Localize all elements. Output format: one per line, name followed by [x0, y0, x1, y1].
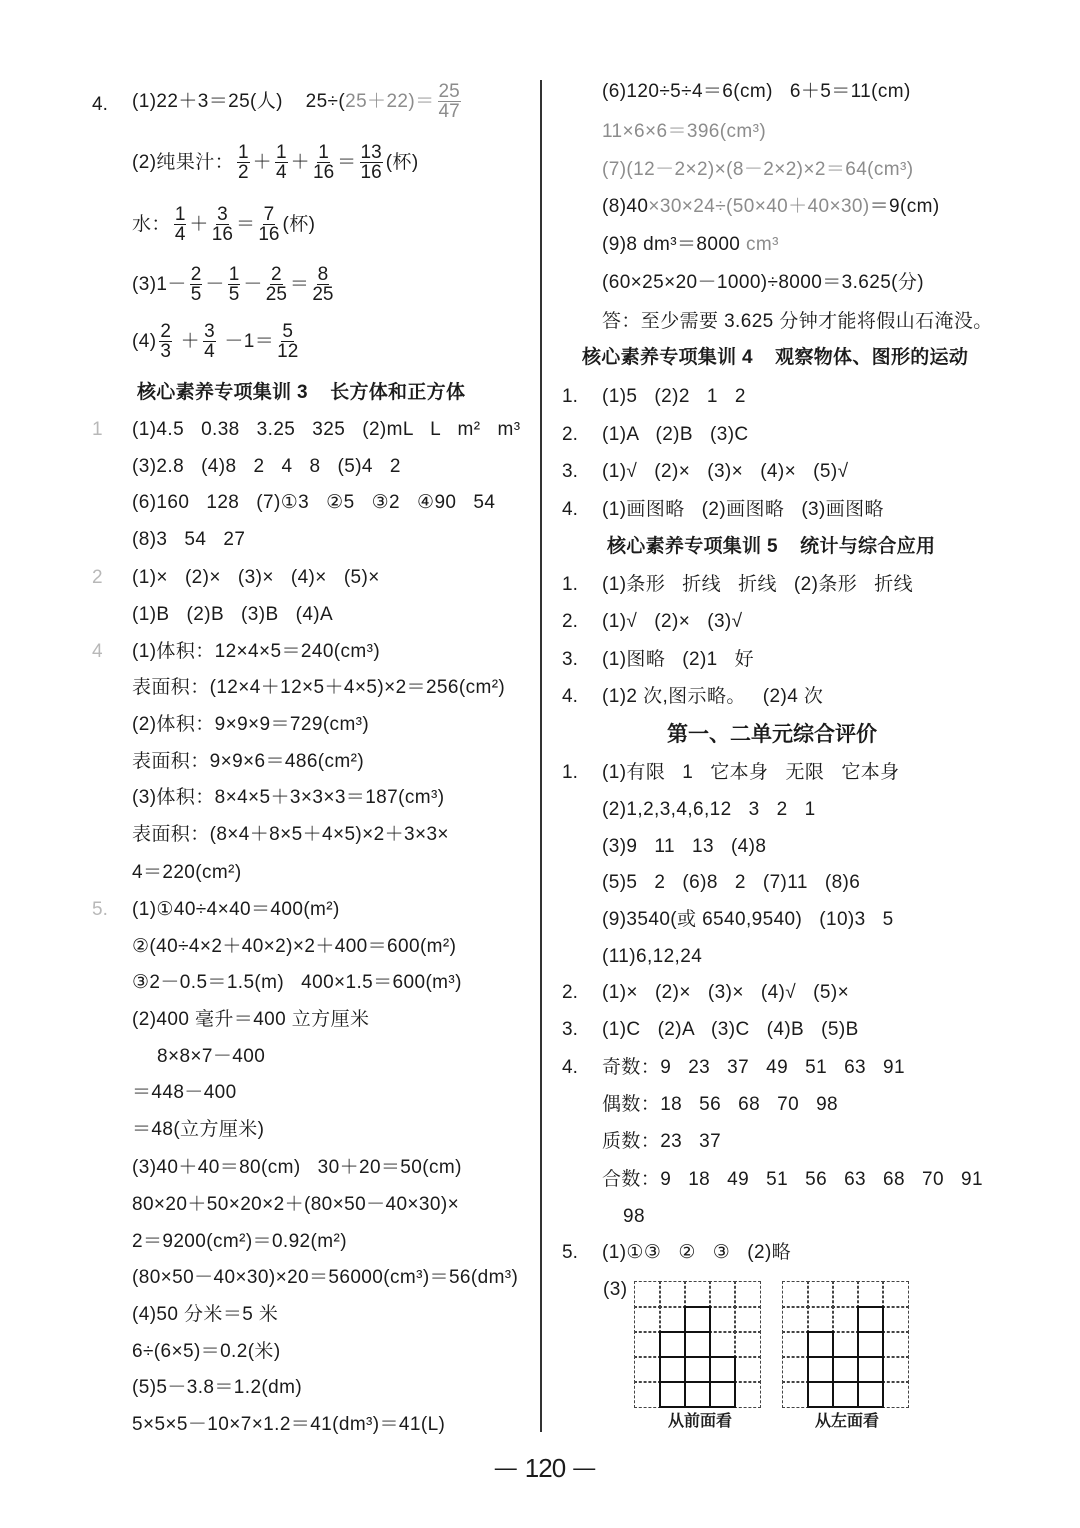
- answer-line: (1)× (2)× (3)× (4)× (5)×: [132, 567, 380, 589]
- answer-line: (3)2.8 (4)8 2 4 8 (5)4 2: [132, 456, 401, 478]
- fraction-numerator: 1: [174, 206, 187, 225]
- fraction: 316: [212, 206, 233, 244]
- fraction-numerator: 1: [237, 144, 250, 163]
- grid-cell: [783, 1282, 808, 1307]
- answer-line: 6÷(6×5)＝0.2(米): [132, 1341, 281, 1363]
- question-number: 1.: [562, 762, 578, 784]
- question-number: 1.: [562, 574, 578, 596]
- answer-line: (1)①40÷4×40＝400(m²): [132, 899, 340, 921]
- question-number: 4.: [562, 499, 578, 521]
- fraction-denominator: 5: [191, 285, 202, 304]
- grid-cell: [833, 1307, 858, 1332]
- grid-cell: [660, 1332, 685, 1357]
- grid-cell: [635, 1332, 660, 1357]
- grid-cell: [660, 1307, 685, 1332]
- grid-cell: [883, 1307, 908, 1332]
- answer-line: (4) 23 ＋ 34 －1＝ 512: [132, 331, 301, 353]
- operator: ＋: [291, 152, 310, 174]
- review-title: 第一、二单元综合评价: [667, 722, 877, 748]
- grid-cell: [783, 1307, 808, 1332]
- grid-cell: [833, 1382, 858, 1407]
- front-view-caption: 从前面看: [645, 1412, 755, 1432]
- answer-line: 8×8×7－400: [157, 1046, 265, 1068]
- question-number: 2.: [562, 424, 578, 446]
- fraction: 825: [312, 266, 333, 304]
- answer-line: (1)图略 (2)1 好: [602, 649, 754, 671]
- fraction-numerator: 5: [281, 323, 294, 342]
- grid-cell: [808, 1332, 833, 1357]
- answer-line: (5)5－3.8＝1.2(dm): [132, 1377, 302, 1399]
- section-heading: 核心素养专项集训 4 观察物体、图形的运动: [582, 347, 968, 369]
- answer-label: 水：: [132, 214, 171, 236]
- fraction: 716: [258, 206, 279, 244]
- answer-line: (1)4.5 0.38 3.25 325 (2)mL L m² m³: [132, 419, 520, 441]
- answer-line: (9)3540(或 6540,9540) (10)3 5: [602, 909, 894, 931]
- grid-cell: [883, 1282, 908, 1307]
- grid-cell: [808, 1307, 833, 1332]
- question-number: 1: [92, 419, 103, 441]
- answer-line: 质数：23 37: [602, 1131, 721, 1153]
- fraction: 116: [313, 144, 334, 182]
- answer-line: (3)1－ 25 － 15 － 225 ＝ 825: [132, 274, 336, 296]
- answer-line: (1)B (2)B (3)B (4)A: [132, 604, 333, 626]
- grid-cell: [685, 1332, 710, 1357]
- answer-line: (2)体积：9×9×9＝729(cm³): [132, 714, 369, 736]
- fraction-numerator: 8: [317, 266, 330, 285]
- fraction-denominator: 16: [313, 163, 334, 182]
- answer-text: (9)8 dm³＝8000: [602, 234, 740, 256]
- grid-cell: [858, 1357, 883, 1382]
- fraction-denominator: 4: [175, 225, 186, 244]
- question-number: 4.: [562, 1057, 578, 1079]
- grid-cell: [858, 1307, 883, 1332]
- operator: ＝: [290, 274, 309, 296]
- question-number: 2.: [562, 982, 578, 1004]
- grid-cell: [833, 1282, 858, 1307]
- question-number: 2: [92, 567, 103, 589]
- answer-line: (80×50－40×30)×20＝56000(cm³)＝56(dm³): [132, 1267, 518, 1289]
- fraction: 25 47: [438, 83, 461, 121]
- grid-cell: [660, 1357, 685, 1382]
- fraction-denominator: 12: [277, 342, 298, 361]
- page-number: — 120 —: [470, 1453, 620, 1483]
- fraction-denominator: 16: [258, 225, 279, 244]
- grid-cell: [858, 1332, 883, 1357]
- grid-cell: [883, 1357, 908, 1382]
- answer-line: (1)有限 1 它本身 无限 它本身: [602, 762, 900, 784]
- question-number: 3.: [562, 649, 578, 671]
- answer-line: (1)22＋3＝25(人) 25÷( 25＋22)＝ 25 47: [132, 91, 464, 113]
- question-number: 2.: [562, 611, 578, 633]
- grid-cell: [833, 1357, 858, 1382]
- answer-label: (2)纯果汁：: [132, 152, 234, 174]
- answer-label: (3)1－: [132, 274, 187, 296]
- answer-line: (8)3 54 27: [132, 529, 245, 551]
- answer-line: (60×25×20－1000)÷8000＝3.625(分): [602, 272, 924, 294]
- fraction: 12: [237, 144, 250, 182]
- grid-cell: [735, 1357, 760, 1382]
- answer-line: (2)纯果汁： 12 ＋ 14 ＋ 116 ＝ 1316 (杯): [132, 152, 419, 174]
- fraction-numerator: 1: [228, 266, 241, 285]
- answer-line: (1)C (2)A (3)C (4)B (5)B: [602, 1019, 859, 1041]
- grid-cell: [833, 1332, 858, 1357]
- operator: ＋: [253, 152, 272, 174]
- answer-line: ②(40÷4×2＋40×2)×2＋400＝600(m²): [132, 936, 456, 958]
- grid-cell: [858, 1382, 883, 1407]
- grid-cell: [710, 1382, 735, 1407]
- answer-line: (1)√ (2)× (3)× (4)× (5)√: [602, 461, 848, 483]
- answer-line: 2＝9200(cm²)＝0.92(m²): [132, 1231, 347, 1253]
- grid-cell: [735, 1332, 760, 1357]
- answer-line: 80×20＋50×20×2＋(80×50－40×30)×: [132, 1194, 459, 1216]
- answer-text-faded: cm³: [740, 234, 779, 256]
- answer-line: (3)9 11 13 (4)8: [602, 836, 766, 858]
- answer-line: 11×6×6＝396(cm³): [602, 121, 766, 143]
- answer-line: 表面积：(8×4＋8×5＋4×5)×2＋3×3×: [132, 824, 449, 846]
- answer-line: 5×5×5－10×7×1.2＝41(dm³)＝41(L): [132, 1414, 445, 1436]
- question-number: 4: [92, 641, 103, 663]
- fraction-denominator: 2: [238, 163, 249, 182]
- fraction-denominator: 25: [266, 285, 287, 304]
- fraction-denominator: 16: [212, 225, 233, 244]
- left-view-caption: 从左面看: [792, 1412, 902, 1432]
- grid-cell: [735, 1282, 760, 1307]
- answer-line: (6)120÷5÷4＝6(cm) 6＋5＝11(cm): [602, 81, 911, 103]
- operator: ＋: [189, 214, 208, 236]
- answer-line: 水： 14 ＋ 316 ＝ 716 (杯): [132, 214, 315, 236]
- fraction: 1316: [360, 144, 383, 182]
- grid-cell: [685, 1382, 710, 1407]
- answer-line: (5)5 2 (6)8 2 (7)11 (8)6: [602, 872, 860, 894]
- fraction-numerator: 3: [216, 206, 229, 225]
- operator: ＋: [175, 331, 200, 353]
- fraction-denominator: 25: [312, 285, 333, 304]
- answer-line: (4)50 分米＝5 米: [132, 1304, 278, 1326]
- page-dash-left: —: [495, 1453, 517, 1483]
- fraction-denominator: 16: [361, 163, 382, 182]
- answer-line: 表面积：9×9×6＝486(cm²): [132, 751, 364, 773]
- answer-line: (3)体积：8×4×5＋3×3×3＝187(cm³): [132, 787, 444, 809]
- answer-line: 偶数：18 56 68 70 98: [602, 1094, 838, 1116]
- fraction-denominator: 4: [204, 342, 215, 361]
- answer-line: (3)40＋40＝80(cm) 30＋20＝50(cm): [132, 1157, 462, 1179]
- answer-line: (1)× (2)× (3)× (4)√ (5)×: [602, 982, 849, 1004]
- operator: －1＝: [219, 331, 274, 353]
- fraction-numerator: 2: [159, 323, 172, 342]
- question-number: 5.: [562, 1242, 578, 1264]
- answer-line: (9)8 dm³＝8000 cm³: [602, 234, 779, 256]
- fraction-numerator: 2: [270, 266, 283, 285]
- answer-text: (8)40: [602, 196, 648, 218]
- grid-cell: [808, 1282, 833, 1307]
- answer-text-faded: 25＋22)＝: [345, 91, 434, 113]
- fraction: 25: [190, 266, 203, 304]
- fraction: 512: [277, 323, 298, 361]
- grid-cell: [858, 1282, 883, 1307]
- answer-line: 奇数：9 23 37 49 51 63 91: [602, 1057, 905, 1079]
- answer-line: 98: [623, 1206, 645, 1228]
- question-number: 4.: [562, 686, 578, 708]
- fraction-denominator: 3: [160, 342, 171, 361]
- page-dash-right: —: [573, 1453, 595, 1483]
- fraction-denominator: 47: [439, 102, 460, 121]
- fraction: 225: [266, 266, 287, 304]
- unit-text: (杯): [282, 214, 315, 236]
- page-number-value: 120: [525, 1453, 565, 1483]
- fraction-numerator: 25: [438, 83, 461, 102]
- front-view-grid: [635, 1282, 760, 1407]
- grid-cell: [783, 1357, 808, 1382]
- grid-cell: [735, 1382, 760, 1407]
- answer-label: (4): [132, 331, 156, 353]
- fraction-numerator: 1: [317, 144, 330, 163]
- fraction: 15: [228, 266, 241, 304]
- fraction-numerator: 13: [360, 144, 383, 163]
- fraction-denominator: 5: [229, 285, 240, 304]
- grid-cell: [710, 1282, 735, 1307]
- grid-cell: [808, 1357, 833, 1382]
- answer-line: (7)(12－2×2)×(8－2×2)×2＝64(cm³): [602, 159, 914, 181]
- question-number: 5.: [92, 899, 108, 921]
- grid-cell: [883, 1382, 908, 1407]
- grid-cell: [783, 1382, 808, 1407]
- grid-cell: [710, 1357, 735, 1382]
- answer-line: (1)A (2)B (3)C: [602, 424, 749, 446]
- operator: －: [243, 274, 262, 296]
- fraction: 34: [203, 323, 216, 361]
- fraction-numerator: 7: [263, 206, 276, 225]
- question-number: 3.: [562, 461, 578, 483]
- answer-line: (1)5 (2)2 1 2: [602, 386, 746, 408]
- grid-cell: [660, 1382, 685, 1407]
- operator: ＝: [337, 152, 356, 174]
- fraction: 14: [275, 144, 288, 182]
- grid-cell: [635, 1382, 660, 1407]
- question-number: 1.: [562, 386, 578, 408]
- answer-line: 表面积：(12×4＋12×5＋4×5)×2＝256(cm²): [132, 677, 505, 699]
- fraction: 23: [159, 323, 172, 361]
- section-heading: 核心素养专项集训 3 长方体和正方体: [137, 382, 465, 404]
- answer-line: ＝448－400: [132, 1082, 237, 1104]
- grid-cell: [685, 1357, 710, 1382]
- question-number: 3.: [562, 1019, 578, 1041]
- grid-cell: [635, 1357, 660, 1382]
- answer-sentence: 答：至少需要 3.625 分钟才能将假山石淹没。: [602, 311, 993, 333]
- answer-line: (1)①③ ② ③ (2)略: [602, 1242, 791, 1264]
- grid-cell: [710, 1332, 735, 1357]
- answer-line: (1)条形 折线 折线 (2)条形 折线: [602, 574, 913, 596]
- grid-cell: [685, 1282, 710, 1307]
- fraction: 14: [174, 206, 187, 244]
- grid-cell: [808, 1382, 833, 1407]
- fraction-numerator: 3: [203, 323, 216, 342]
- answer-label: (3): [603, 1279, 627, 1301]
- answer-text: (1)22＋3＝25(人) 25÷(: [132, 91, 345, 113]
- answer-line: ③2－0.5＝1.5(m) 400×1.5＝600(m³): [132, 972, 462, 994]
- answer-line: (11)6,12,24: [602, 946, 702, 968]
- answer-line: (1)画图略 (2)画图略 (3)画图略: [602, 499, 884, 521]
- answer-line: 合数：9 18 49 51 56 63 68 70 91: [602, 1169, 983, 1191]
- unit-text: (杯): [386, 152, 419, 174]
- section-heading: 核心素养专项集训 5 统计与综合应用: [607, 536, 935, 558]
- grid-cell: [735, 1307, 760, 1332]
- answer-line: (8)40 ×30×24÷(50×40＋40×30) ＝9(cm): [602, 196, 940, 218]
- answer-line: ＝48(立方厘米): [132, 1119, 264, 1141]
- question-number: 4.: [92, 94, 108, 116]
- fraction-numerator: 1: [275, 144, 288, 163]
- answer-line: (1)√ (2)× (3)√: [602, 611, 743, 633]
- answer-text: ＝9(cm): [870, 196, 940, 218]
- grid-cell: [635, 1307, 660, 1332]
- operator: ＝: [236, 214, 255, 236]
- grid-cell: [710, 1307, 735, 1332]
- fraction-denominator: 4: [276, 163, 287, 182]
- fraction-numerator: 2: [190, 266, 203, 285]
- left-view-grid: [783, 1282, 908, 1407]
- grid-cell: [685, 1307, 710, 1332]
- answer-line: (1)2 次,图示略。 (2)4 次: [602, 686, 823, 708]
- column-divider: [540, 80, 542, 1432]
- grid-cell: [883, 1332, 908, 1357]
- grid-cell: [660, 1282, 685, 1307]
- answer-line: 4＝220(cm²): [132, 862, 242, 884]
- answer-line: (6)160 128 (7)①3 ②5 ③2 ④90 54: [132, 492, 495, 514]
- grid-cell: [783, 1332, 808, 1357]
- answer-line: (1)体积：12×4×5＝240(cm³): [132, 641, 380, 663]
- answer-text-faded: ×30×24÷(50×40＋40×30): [648, 196, 869, 218]
- grid-cell: [635, 1282, 660, 1307]
- operator: －: [205, 274, 224, 296]
- answer-line: (2)400 毫升＝400 立方厘米: [132, 1009, 369, 1031]
- answer-line: (2)1,2,3,4,6,12 3 2 1: [602, 799, 816, 821]
